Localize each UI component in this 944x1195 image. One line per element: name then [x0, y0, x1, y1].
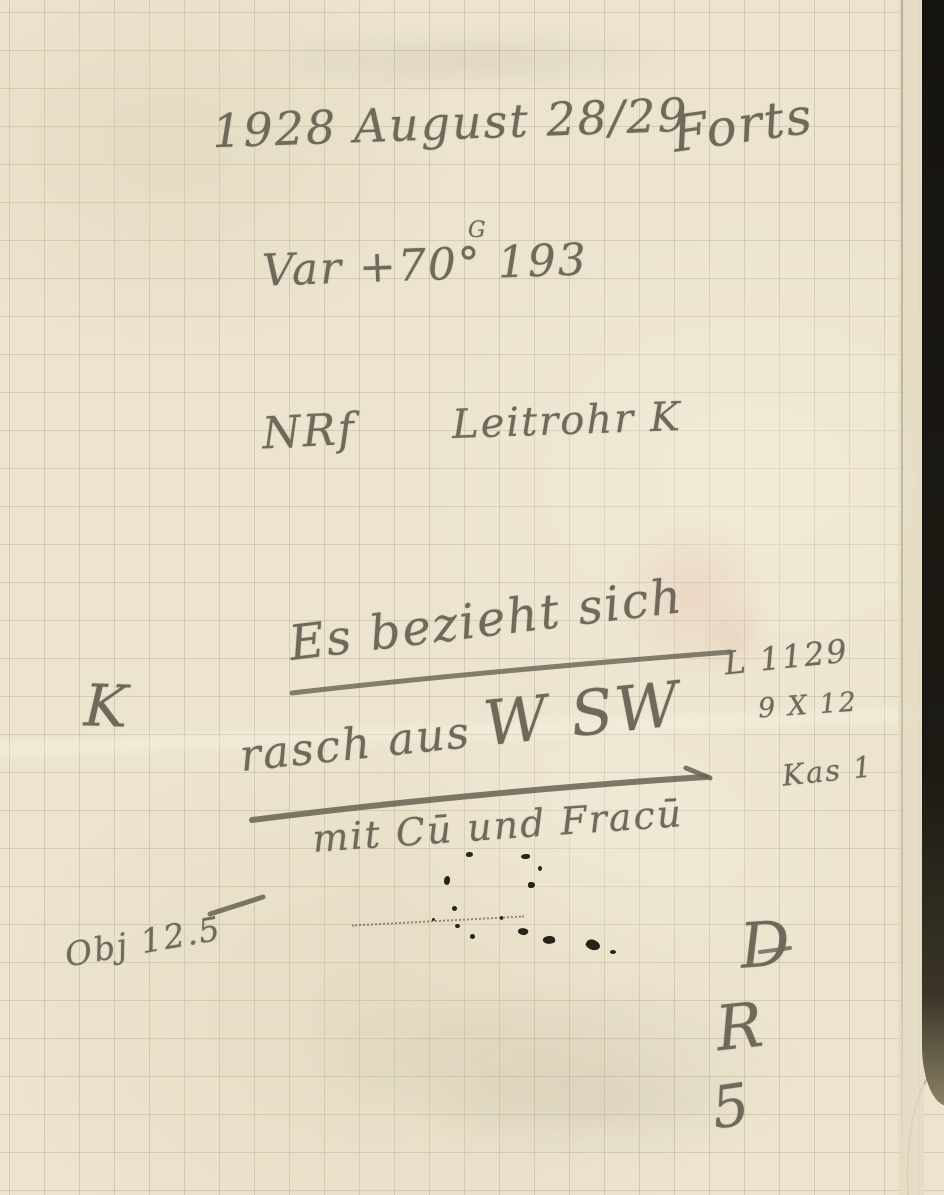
ink-blot — [452, 906, 457, 911]
margin-letter-d: D — [738, 906, 795, 982]
variation-prefix: Var +70° — [261, 238, 482, 297]
ink-blot — [500, 916, 503, 920]
ink-blot — [432, 918, 435, 921]
variation-value: 193 — [497, 234, 589, 288]
binding-dark-edge — [922, 0, 944, 1106]
margin-letter-r: R — [712, 988, 768, 1066]
ink-blot — [610, 950, 616, 954]
ink-blot — [538, 866, 542, 871]
variation-superscript: G — [468, 218, 488, 243]
ink-blot — [455, 924, 460, 928]
page-edge-line — [901, 0, 903, 1195]
notebook-page: 1928 August 28/29 Forts Var +70°193 G NR… — [0, 0, 944, 1195]
observer-code: NRf — [261, 404, 357, 460]
margin-mark-k: K — [83, 671, 131, 741]
ink-blot — [521, 854, 530, 859]
ink-blot — [470, 934, 475, 939]
instrument-note: Leitrohr K — [451, 394, 682, 448]
